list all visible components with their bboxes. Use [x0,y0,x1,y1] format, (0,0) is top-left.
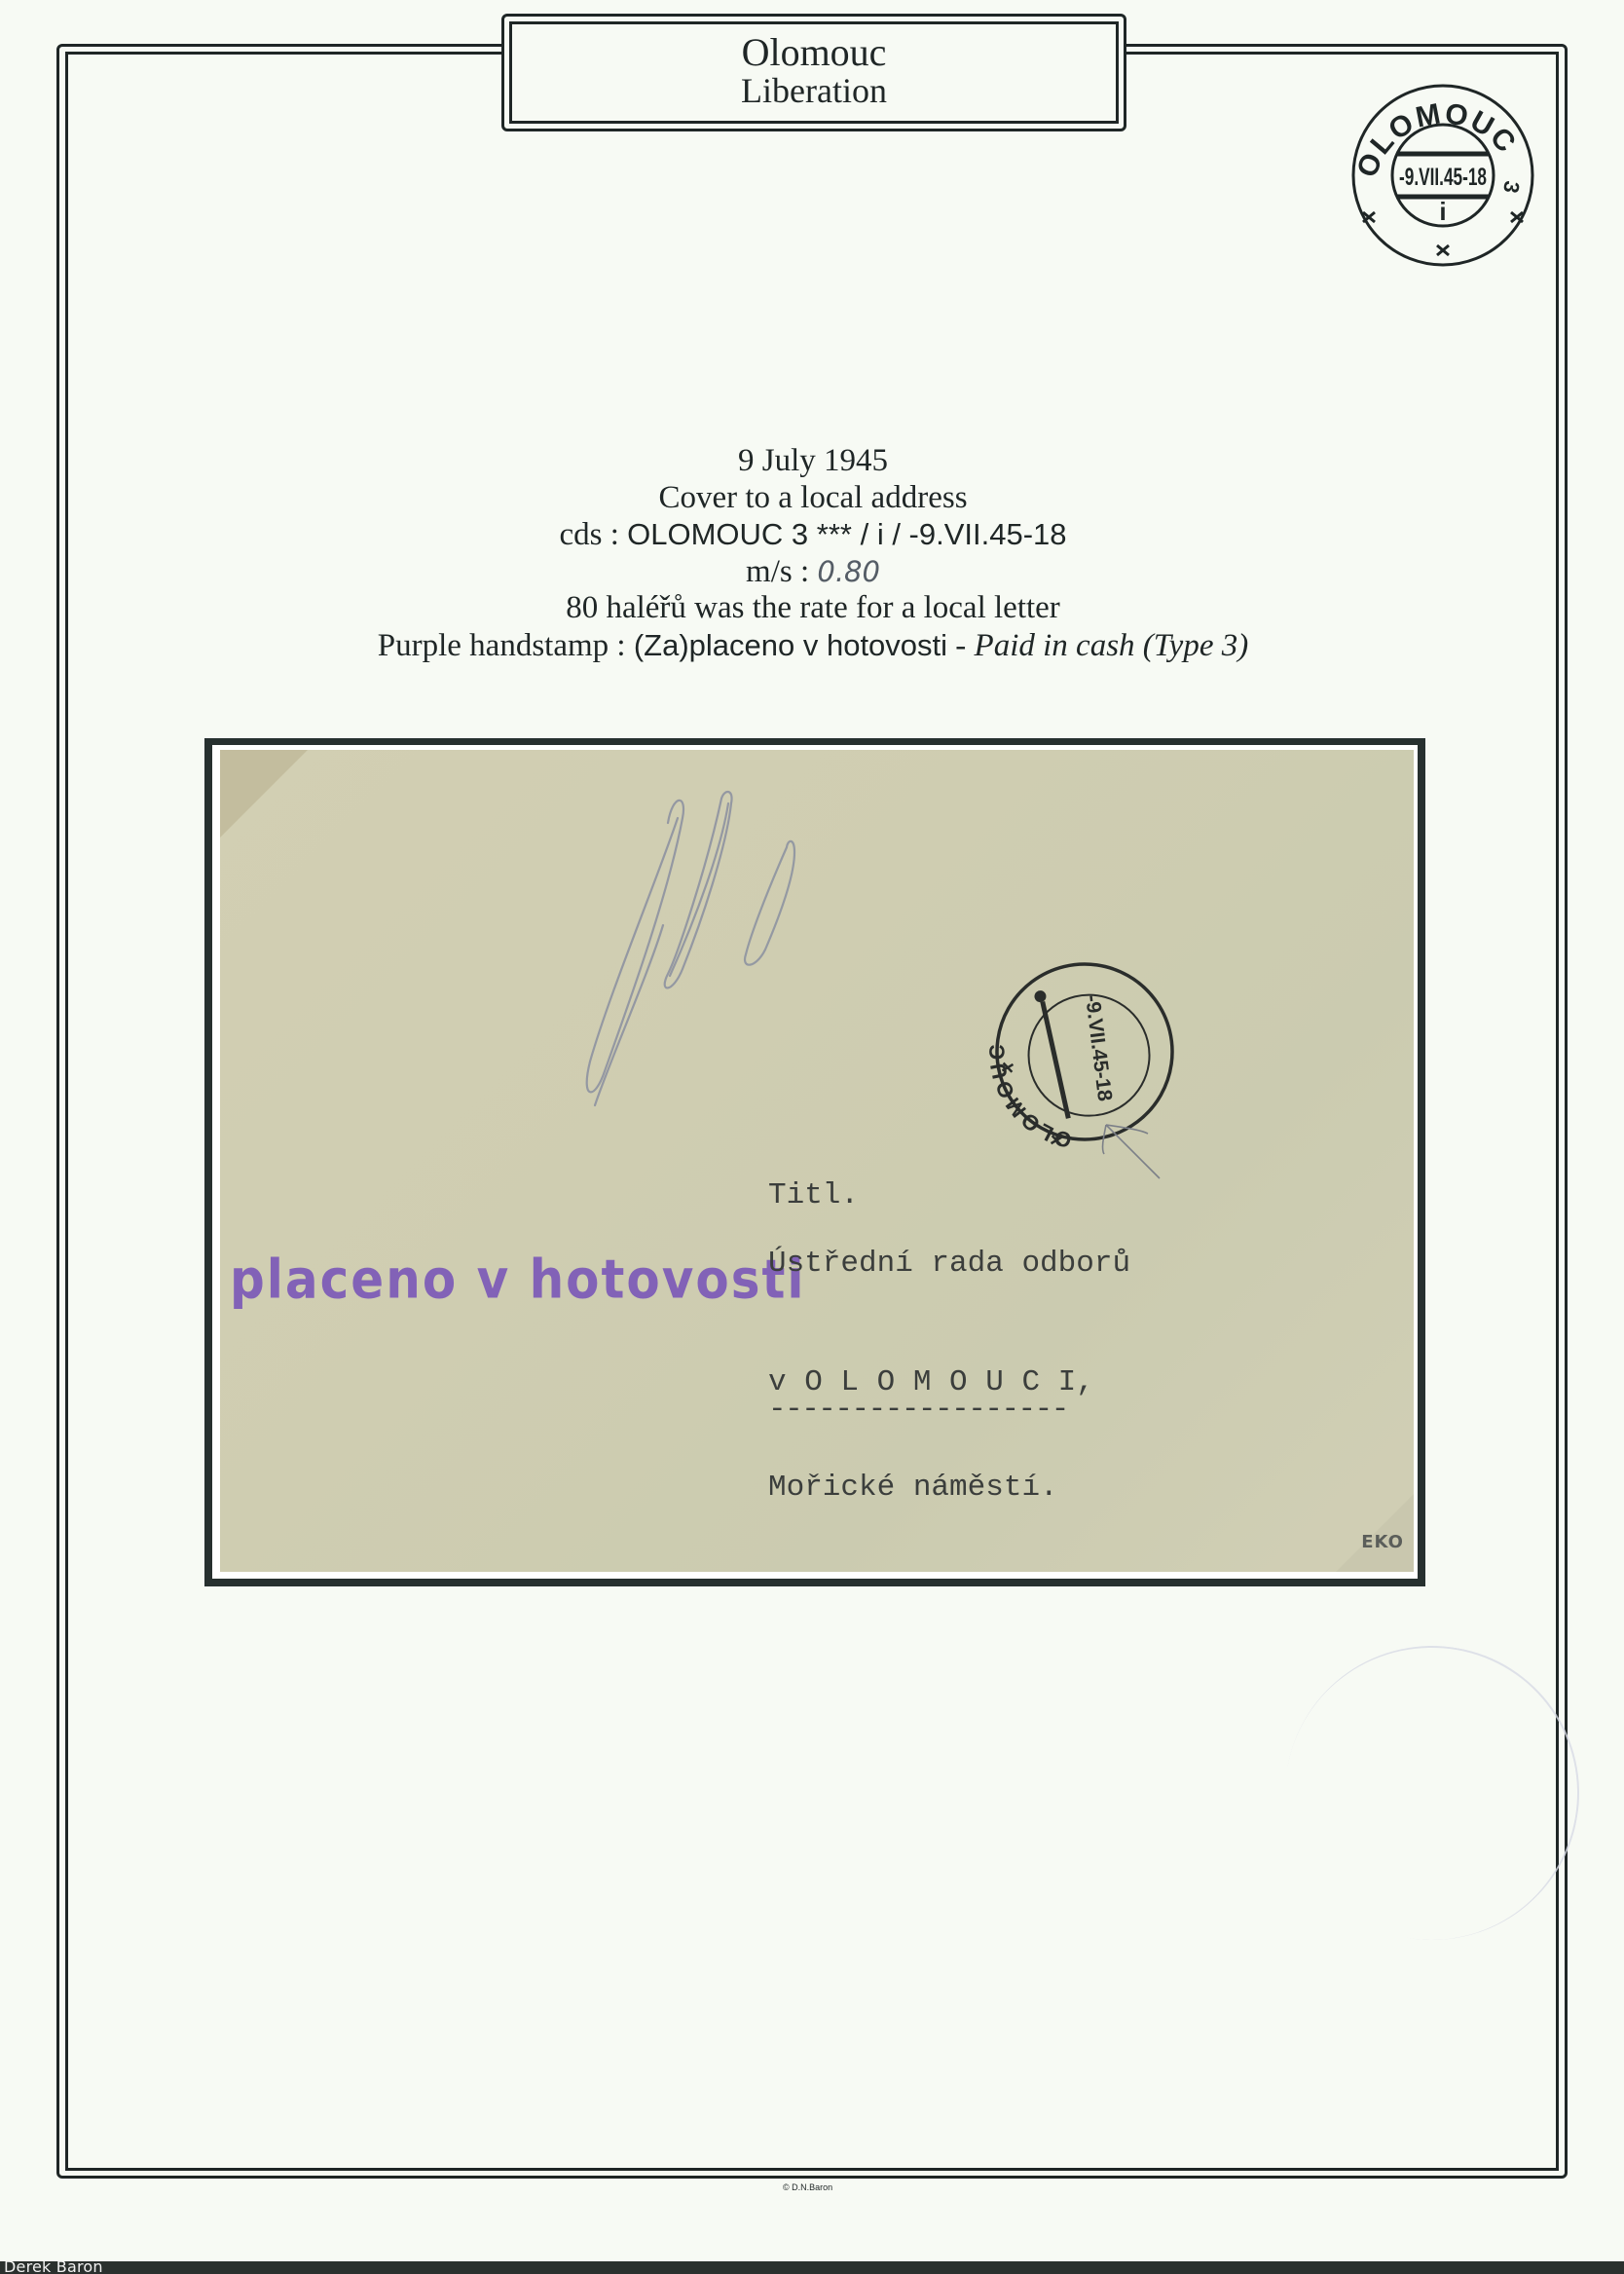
cds-label: cds : [559,517,627,552]
postmark-illustration: OLOMOUC 3 -9.VII.45-18 i [1346,78,1540,273]
address-line-4: Mořické náměstí. [768,1471,1058,1505]
cover-envelope: OLOMOUC -9.VII.45-18 placeno v hotovosti… [220,750,1414,1572]
handstamp-value: (Za)placeno v hotovosti [634,628,947,662]
cover-postmark-date: -9.VII.45-18 [1081,993,1116,1102]
description-summary: Cover to a local address [175,480,1451,517]
cds-value: OLOMOUC 3 *** / i / -9.VII.45-18 [627,517,1066,551]
scan-edge-strip [0,2261,1624,2274]
description-handstamp: Purple handstamp : (Za)placeno v hotovos… [175,627,1451,665]
handstamp-separator: - [947,628,975,663]
ms-value: 0.80 [817,555,880,588]
handstamp-translation: Paid in cash (Type 3) [975,628,1249,663]
paid-in-cash-handstamp: placeno v hotovosti [230,1249,806,1311]
description-rate-note: 80 haléřů was the rate for a local lette… [175,590,1451,627]
copyright-note: © D.N.Baron [783,2182,832,2192]
envelope-maker-imprint: EKO [1361,1532,1404,1552]
pencil-arrow-icon [1101,1120,1179,1198]
page-subtitle: Liberation [741,72,887,109]
address-underline: ------------------ [768,1393,1068,1427]
cover-postmark-town: OLOMOUC [982,1039,1085,1153]
postmark-index: i [1439,197,1446,226]
postmark-office-number: 3 [1498,179,1525,195]
address-line-2: Ústřední rada odborů [768,1247,1130,1281]
svg-text:OLOMOUC: OLOMOUC [982,1039,1085,1153]
title-box-inner: Olomouc Liberation [509,21,1119,124]
description-block: 9 July 1945 Cover to a local address cds… [175,443,1451,664]
ms-label: m/s : [746,554,817,589]
manuscript-amount-pencil [220,750,1414,1572]
postmark-date: -9.VII.45-18 [1399,164,1487,191]
handstamp-label: Purple handstamp : [378,628,634,663]
description-ms: m/s : 0.80 [175,554,1451,591]
address-line-1: Titl. [768,1178,859,1212]
description-cds: cds : OLOMOUC 3 *** / i / -9.VII.45-18 [175,516,1451,554]
watermark: Derek Baron [4,2257,103,2274]
page-title: Olomouc [742,33,887,72]
description-date: 9 July 1945 [175,443,1451,480]
